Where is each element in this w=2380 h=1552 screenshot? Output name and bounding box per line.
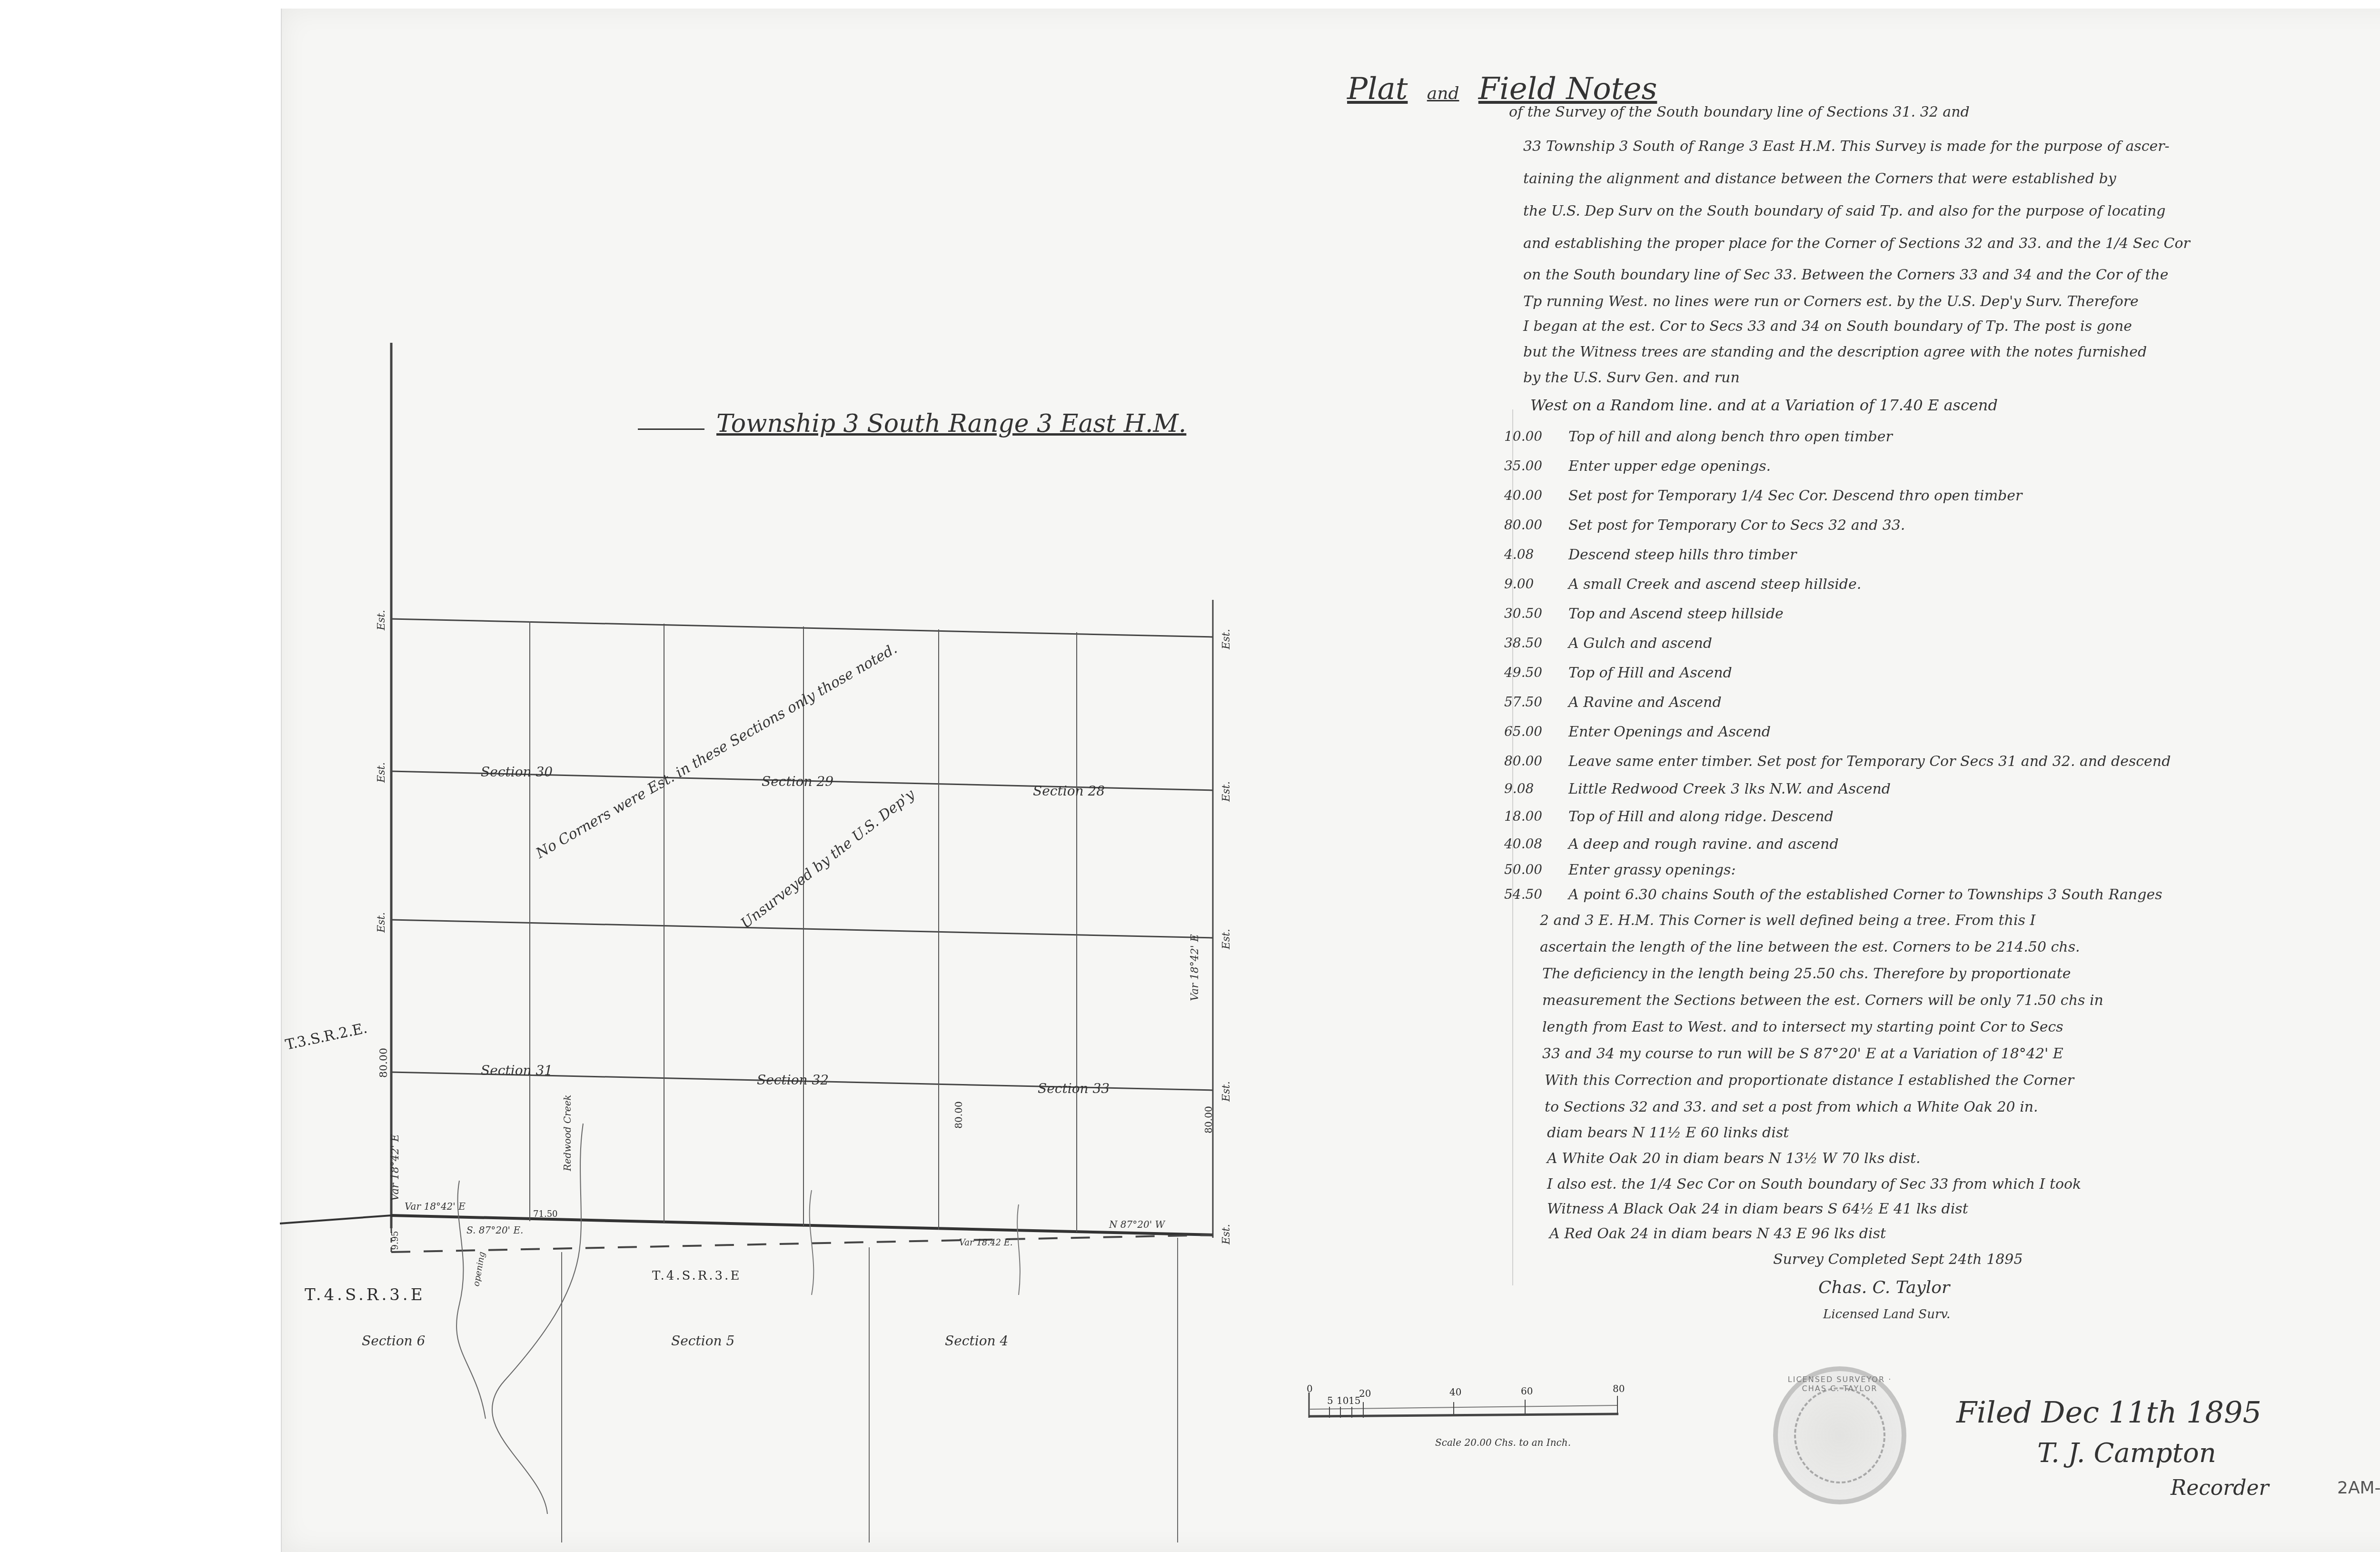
- entry-distance: 40.08: [1504, 836, 1561, 852]
- chain-80-label-3: 80.00: [1203, 1106, 1214, 1133]
- entry-row: 49.50Top of Hill and Ascend: [1504, 665, 2194, 694]
- entry-distance: 54.50: [1504, 886, 1561, 902]
- section-29-label: Section 29: [762, 774, 833, 789]
- seal-text: LICENSED SURVEYOR · CHAS C. TAYLOR: [1778, 1375, 1902, 1393]
- intro-line-9: by the U.S. Surv Gen. and run: [1523, 369, 1740, 386]
- entry-distance: 30.50: [1504, 606, 1561, 621]
- continuation-line: to Sections 32 and 33. and set a post fr…: [1545, 1099, 2038, 1115]
- recorder-name: T. J. Campton: [2037, 1438, 2216, 1469]
- entry-description: A small Creek and ascend steep hillside.: [1568, 576, 1861, 593]
- continuation-line: diam bears N 11½ E 60 links dist: [1547, 1124, 1789, 1141]
- entry-description: Set post for Temporary Cor to Secs 32 an…: [1568, 517, 1905, 534]
- continuation-line: I also est. the 1/4 Sec Cor on South bou…: [1547, 1176, 2081, 1193]
- south-course-east: N 87°20' W: [1109, 1219, 1165, 1230]
- entry-description: Top of hill and along bench thro open ti…: [1568, 428, 1893, 445]
- surveyor-name: Chas. C. Taylor: [1818, 1278, 1950, 1297]
- entry-distance: 49.50: [1504, 665, 1561, 680]
- field-notes-heading: Plat and Field Notes: [1347, 71, 1657, 107]
- entry-description: Top and Ascend steep hillside: [1568, 606, 1784, 622]
- corner-est-label: Est.: [376, 610, 387, 630]
- entry-row: 4.08Descend steep hills thro timber: [1504, 547, 2194, 576]
- filed-date: Filed Dec 11th 1895: [1956, 1395, 2261, 1430]
- survey-completed: Survey Completed Sept 24th 1895: [1773, 1251, 2023, 1268]
- var-low-label: Var 18.42 E.: [959, 1238, 1013, 1248]
- continuation-line: length from East to West. and to interse…: [1542, 1019, 2063, 1035]
- chain-80-label-2: 80.00: [953, 1101, 964, 1128]
- continuation-line: Witness A Black Oak 24 in diam bears S 6…: [1547, 1201, 1968, 1217]
- section-6-label: Section 6: [362, 1333, 425, 1349]
- entry-description: A point 6.30 chains South of the establi…: [1568, 886, 2162, 903]
- entry-distance: 57.50: [1504, 694, 1561, 710]
- corner-est-label: Est.: [1220, 781, 1232, 802]
- entry-distance: 9.00: [1504, 576, 1561, 592]
- chain-71-50-label: 71.50: [533, 1209, 558, 1219]
- scale-tick-20: 20: [1359, 1388, 1371, 1399]
- intro-line-8: but the Witness trees are standing and t…: [1523, 344, 2147, 360]
- entry-description: Top of Hill and Ascend: [1568, 665, 1732, 681]
- continuation-line: 33 and 34 my course to run will be S 87°…: [1542, 1045, 2063, 1062]
- entry-row: 9.00A small Creek and ascend steep hills…: [1504, 576, 2194, 606]
- intro-line-3: the U.S. Dep Surv on the South boundary …: [1523, 203, 2166, 219]
- entry-row: 38.50A Gulch and ascend: [1504, 635, 2194, 665]
- east-line-variation: Var 18°42' E: [1189, 934, 1201, 1001]
- intro-line-6: Tp running West. no lines were run or Co…: [1523, 293, 2139, 310]
- surveyor-title: Licensed Land Surv.: [1823, 1307, 1950, 1322]
- corner-est-label: Est.: [1220, 929, 1232, 949]
- section-28-label: Section 28: [1033, 783, 1105, 799]
- intro-line-4: and establishing the proper place for th…: [1523, 235, 2190, 252]
- heading-plat: Plat: [1347, 71, 1408, 107]
- corner-est-label: Est.: [376, 762, 387, 783]
- entry-description: A Gulch and ascend: [1568, 635, 1712, 652]
- continuation-line: ascertain the length of the line between…: [1540, 939, 2080, 955]
- section-4-label: Section 4: [945, 1333, 1008, 1349]
- entry-description: Enter upper edge openings.: [1568, 458, 1771, 475]
- entry-row: 30.50Top and Ascend steep hillside: [1504, 606, 2194, 635]
- scale-tick-0: 0: [1307, 1383, 1313, 1394]
- seal-inner-ring: [1794, 1387, 1885, 1483]
- surveyor-seal: LICENSED SURVEYOR · CHAS C. TAYLOR: [1773, 1366, 1906, 1504]
- entry-description: Little Redwood Creek 3 lks N.W. and Asce…: [1568, 781, 1891, 797]
- entry-row: 80.00Leave same enter timber. Set post f…: [1504, 753, 2194, 783]
- entry-distance: 9.08: [1504, 781, 1561, 796]
- south-course-west: S. 87°20' E.: [466, 1224, 523, 1236]
- entry-row: 40.00Set post for Temporary 1/4 Sec Cor.…: [1504, 487, 2194, 517]
- entry-row: 80.00Set post for Temporary Cor to Secs …: [1504, 517, 2194, 547]
- section-31-label: Section 31: [481, 1063, 553, 1078]
- entry-description: Enter Openings and Ascend: [1568, 724, 1771, 740]
- continuation-line: measurement the Sections between the est…: [1542, 992, 2103, 1009]
- intro-line-2: taining the alignment and distance betwe…: [1523, 170, 2116, 187]
- scale-tick-40: 40: [1449, 1386, 1461, 1398]
- entry-description: A deep and rough ravine. and ascend: [1568, 836, 1839, 853]
- redwood-creek-label: Redwood Creek: [562, 1094, 573, 1171]
- heading-field-notes: Field Notes: [1478, 71, 1657, 107]
- continuation-line: 2 and 3 E. H.M. This Corner is well defi…: [1540, 912, 2035, 929]
- chain-80-label: 80.00: [378, 1048, 390, 1078]
- intro-line-7: I began at the est. Cor to Secs 33 and 3…: [1523, 318, 2132, 335]
- intro-line-0: of the Survey of the South boundary line…: [1509, 104, 1970, 120]
- entry-distance: 18.00: [1504, 808, 1561, 824]
- township-label-t4s-r3e-west: T.4.S.R.3.E: [305, 1285, 425, 1304]
- recorder-title: Recorder: [2171, 1476, 2269, 1500]
- entry-row: 10.00Top of hill and along bench thro op…: [1504, 428, 2194, 458]
- section-5-label: Section 5: [671, 1333, 734, 1349]
- section-30-label: Section 30: [481, 764, 553, 780]
- entry-row: 54.50A point 6.30 chains South of the es…: [1504, 886, 2194, 916]
- entry-distance: 10.00: [1504, 428, 1561, 444]
- entry-row: 18.00Top of Hill and along ridge. Descen…: [1504, 808, 2194, 838]
- entry-row: 40.08A deep and rough ravine. and ascend: [1504, 836, 2194, 866]
- entry-description: Set post for Temporary 1/4 Sec Cor. Desc…: [1568, 487, 2022, 504]
- corner-est-label: Est.: [1220, 1081, 1232, 1102]
- township-label-t4s-r3e-mid: T.4.S.R.3.E: [652, 1269, 741, 1283]
- entry-distance: 65.00: [1504, 724, 1561, 739]
- entry-distance: 35.00: [1504, 458, 1561, 474]
- entry-description: A Ravine and Ascend: [1568, 694, 1722, 711]
- entry-description: Top of Hill and along ridge. Descend: [1568, 808, 1834, 825]
- entry-row: 35.00Enter upper edge openings.: [1504, 458, 2194, 487]
- continuation-line: A Red Oak 24 in diam bears N 43 E 96 lks…: [1549, 1225, 1886, 1242]
- scale-tick-60: 60: [1521, 1385, 1533, 1397]
- corner-est-label: Est.: [376, 912, 387, 933]
- entry-distance: 50.00: [1504, 862, 1561, 877]
- corner-est-label: Est.: [1220, 629, 1232, 649]
- entry-distance: 38.50: [1504, 635, 1561, 651]
- entry-description: Enter grassy openings:: [1568, 862, 1736, 878]
- intro-line-1: 33 Township 3 South of Range 3 East H.M.…: [1523, 138, 2170, 155]
- chain-9-95-label: 9.95: [390, 1231, 400, 1250]
- scale-tick-10: 10: [1337, 1395, 1349, 1406]
- entry-distance: 80.00: [1504, 753, 1561, 769]
- intro-line-5: on the South boundary line of Sec 33. Be…: [1523, 267, 2169, 283]
- entry-distance: 40.00: [1504, 487, 1561, 503]
- west-line-variation: Var 18°42' E: [389, 1134, 401, 1201]
- heading-and: and: [1427, 84, 1459, 103]
- course-heading: West on a Random line. and at a Variatio…: [1530, 396, 1998, 414]
- corner-est-label: Est.: [1220, 1224, 1232, 1244]
- entry-description: Leave same enter timber. Set post for Te…: [1568, 753, 2171, 770]
- entry-distance: 4.08: [1504, 547, 1561, 562]
- entry-row: 9.08Little Redwood Creek 3 lks N.W. and …: [1504, 781, 2194, 810]
- south-line-variation: Var 18°42' E: [405, 1201, 466, 1212]
- section-32-label: Section 32: [757, 1072, 829, 1088]
- scale-tick-5: 5: [1327, 1395, 1333, 1406]
- continuation-line: A White Oak 20 in diam bears N 13½ W 70 …: [1547, 1150, 1921, 1167]
- entry-row: 57.50A Ravine and Ascend: [1504, 694, 2194, 724]
- entry-row: 65.00Enter Openings and Ascend: [1504, 724, 2194, 753]
- continuation-line: The deficiency in the length being 25.50…: [1542, 965, 2071, 982]
- continuation-line: With this Correction and proportionate d…: [1545, 1072, 2074, 1089]
- entry-distance: 80.00: [1504, 517, 1561, 533]
- entry-description: Descend steep hills thro timber: [1568, 547, 1796, 563]
- section-33-label: Section 33: [1038, 1081, 1110, 1096]
- scale-caption: Scale 20.00 Chs. to an Inch.: [1435, 1437, 1571, 1448]
- scale-tick-80: 80: [1613, 1383, 1625, 1394]
